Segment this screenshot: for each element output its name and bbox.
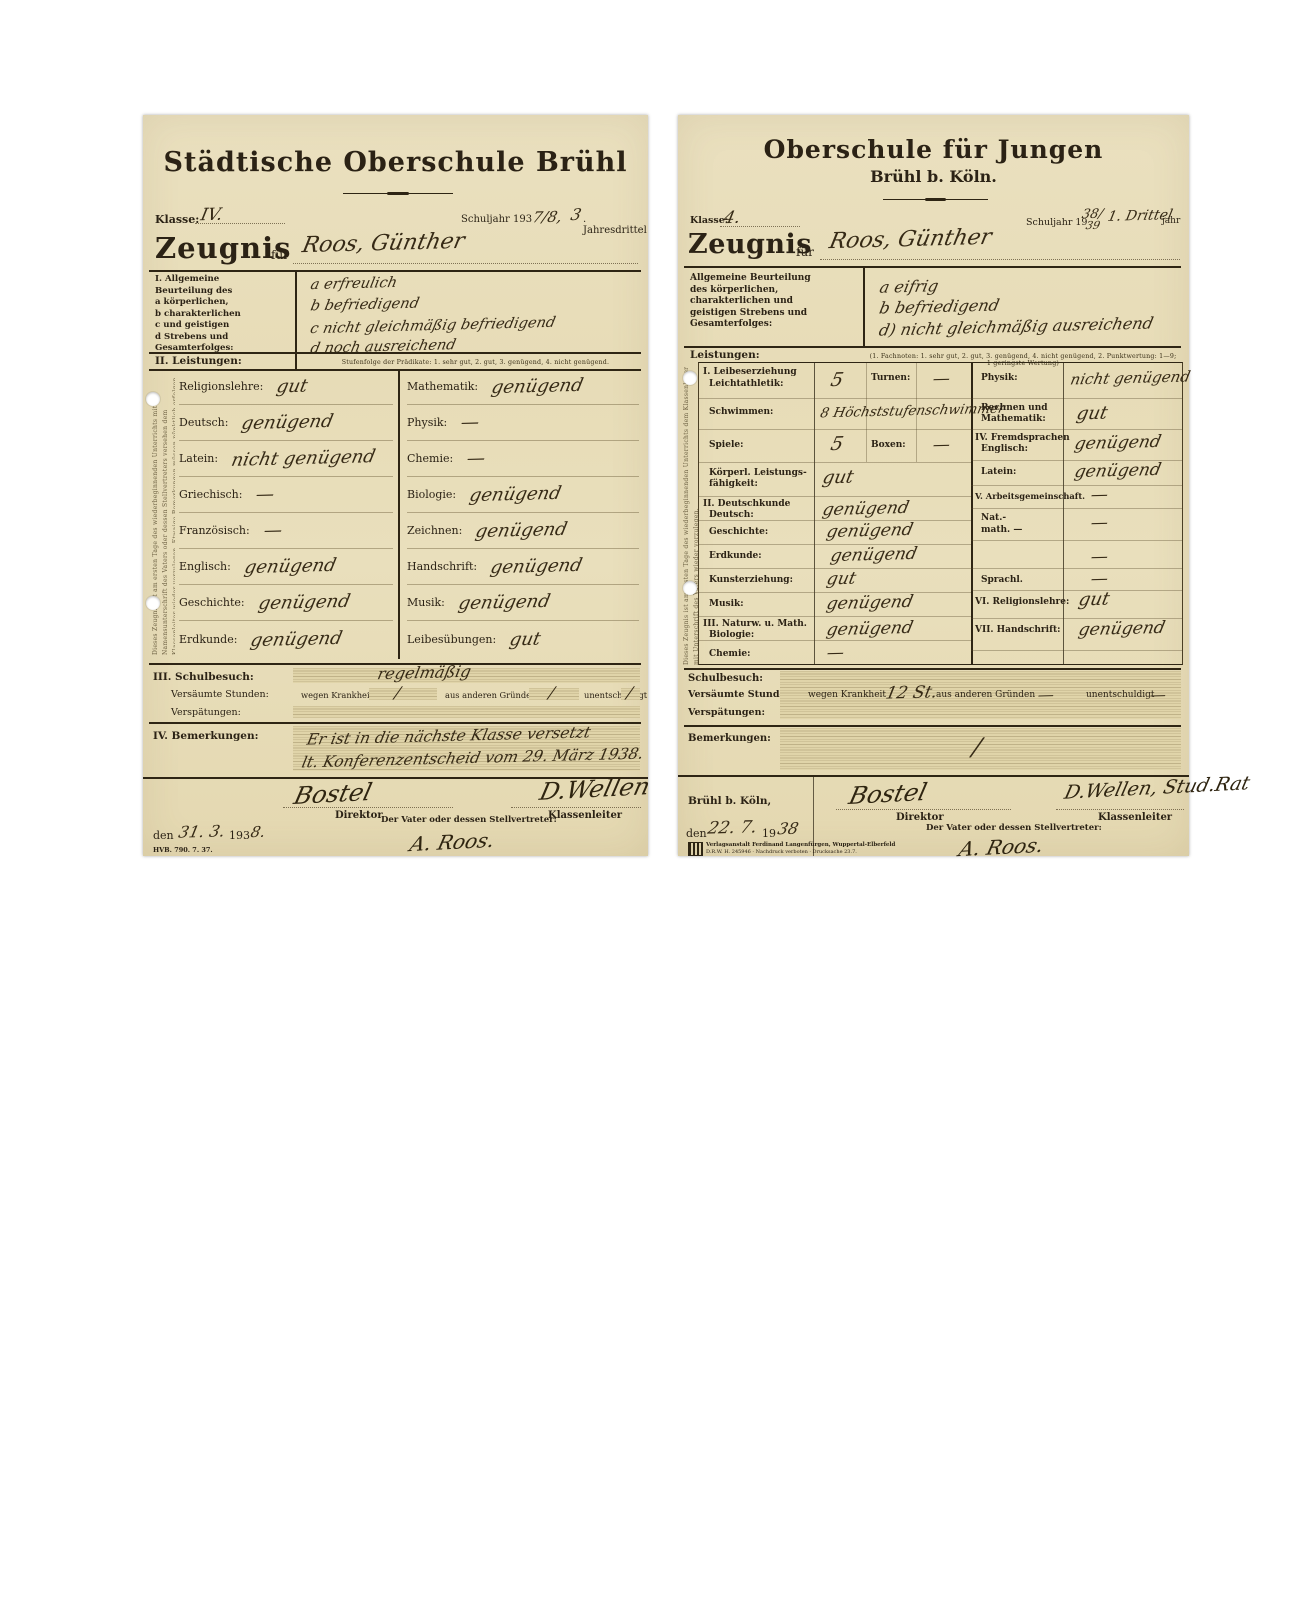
- assessment-c: c nicht gleichmäßig befriedigend: [309, 315, 557, 337]
- term-printed: jahr: [1162, 216, 1180, 226]
- grades-table: I. Leibeserziehung Leichtathletik: 5 Tur…: [698, 362, 1183, 665]
- assessment-d: d) nicht gleichmäßig ausreichend: [877, 313, 1155, 339]
- hole-punch: [683, 581, 697, 595]
- grade-row: Biologie:genügend: [407, 477, 639, 513]
- grade-value: gut: [275, 376, 310, 398]
- subject-label: Latein:: [179, 452, 218, 465]
- beurteilung-divider: [863, 266, 865, 346]
- ort-label: Brühl b. Köln,: [688, 795, 771, 807]
- leistungen-top-rule: [684, 346, 1181, 348]
- ruled-field: [293, 706, 640, 718]
- grade-value: gut: [1077, 589, 1112, 611]
- grade-row: Deutsch:genügend: [179, 405, 393, 441]
- form-number: HVB. 790. 7. 37.: [153, 846, 213, 854]
- date-label: den: [153, 829, 174, 842]
- grade-value: genügend: [242, 555, 337, 578]
- leistungsfaehigkeit-label1: Körperl. Leistungs-: [709, 468, 807, 478]
- subject-label: Leibesübungen:: [407, 633, 496, 646]
- subject-label: IV. Fremdsprachen: [975, 433, 1070, 443]
- subject-label: Physik:: [407, 416, 447, 429]
- subject-label: Chemie:: [407, 452, 453, 465]
- grade-row: Latein:nicht genügend: [179, 441, 393, 477]
- grade-value: nicht genügend: [230, 446, 378, 471]
- table-hline: [699, 544, 971, 545]
- klassenleiter-label: Klassenleiter: [1098, 812, 1172, 823]
- vater-signature: A. Roos.: [408, 828, 498, 856]
- grade-value: genügend: [829, 544, 919, 566]
- direktor-signature: Bostel: [846, 778, 930, 810]
- leistungsfaehigkeit-label2: fähigkeit:: [709, 479, 758, 489]
- grade-value: gut: [825, 569, 858, 590]
- table-hline: [971, 568, 1182, 569]
- grade-value: —: [254, 484, 276, 505]
- klassenleiter-label: Klassenleiter: [548, 810, 622, 821]
- grade-value: genügend: [249, 627, 344, 650]
- beurteilung-label: Allgemeine Beurteilung des körperlichen,…: [690, 273, 858, 331]
- year-handwritten: 8.: [249, 823, 267, 841]
- table-hline: [971, 650, 1182, 651]
- subject-label: Zeichnen:: [407, 524, 462, 537]
- subject-label2: math. —: [981, 525, 1022, 535]
- grade-value: genügend: [825, 618, 915, 640]
- klasse-underline: [720, 226, 800, 227]
- grade-row: Religionslehre:gut: [179, 369, 393, 405]
- grade-scale-note: Stufenfolge der Prädikate: 1. sehr gut, …: [318, 359, 633, 366]
- year-printed: 19: [762, 827, 776, 840]
- subject-label: Musik:: [709, 599, 744, 609]
- name-underline: [820, 259, 1180, 260]
- grade-value: genügend: [489, 555, 584, 578]
- subject-label: Geschichte:: [709, 527, 768, 537]
- schoolyear-hw-denominator: 39: [1085, 219, 1102, 232]
- table-vline: [814, 363, 815, 664]
- grade-value: genügend: [240, 411, 335, 434]
- subject-label: Physik:: [981, 373, 1018, 383]
- subject-label: Erdkunde:: [179, 633, 237, 646]
- klasse-underline: [195, 223, 285, 224]
- subject-label: Kunsterziehung:: [709, 575, 793, 585]
- bemerkungen-label: Bemerkungen:: [688, 733, 771, 744]
- grade-row: Zeichnen:genügend: [407, 513, 639, 549]
- printer-line2: D.R.W. H. 245946 · Nachdruck verboten · …: [706, 849, 857, 855]
- term-printed: . Jahresdrittel: [583, 214, 648, 236]
- section1-label-line: b charakterlichen: [155, 309, 295, 321]
- printer-logo: [688, 842, 703, 856]
- boxen-value: —: [931, 435, 952, 455]
- subject-label: Deutsch:: [179, 416, 228, 429]
- grade-value: —: [459, 412, 481, 433]
- divider-ornament: [883, 199, 988, 200]
- subject-label2: Mathematik:: [981, 414, 1046, 424]
- date-label: den: [686, 827, 707, 840]
- row-heading: II. Deutschkunde: [703, 499, 790, 509]
- unentschuldigt-label: unentschuldigt: [1086, 690, 1154, 700]
- grades-column-right: Mathematik:genügend Physik:— Chemie:— Bi…: [407, 369, 639, 657]
- grade-value: genügend: [490, 375, 585, 398]
- krankheit-label: wegen Krankheit: [808, 690, 886, 700]
- margin-note: Dieses Zeugnis ist am ersten Tage des wi…: [151, 365, 175, 655]
- grade-value: nicht genügend: [1069, 367, 1192, 388]
- section1-divider: [295, 270, 297, 352]
- subject-label: Geschichte:: [179, 596, 245, 609]
- beurteilung-values: a eifrig b befriedigend d) nicht gleichm…: [880, 277, 1152, 336]
- grade-value: genügend: [825, 520, 915, 542]
- leichtathletik-label: Leichtathletik:: [709, 379, 783, 389]
- table-hline: [971, 540, 1182, 541]
- grades-center-divider: [398, 369, 400, 659]
- section1-label-line: Beurteilung des: [155, 286, 295, 298]
- direktor-sig-line: [836, 809, 1011, 810]
- student-name: Roos, Günther: [827, 225, 994, 254]
- bemerkungen-top-rule: [684, 725, 1181, 727]
- school-title-line2: Brühl b. Köln.: [678, 167, 1189, 186]
- section1-values: a erfreulich b befriedigend c nicht glei…: [311, 273, 555, 355]
- report-card-1938: Oberschule für Jungen Brühl b. Köln. Kla…: [678, 115, 1189, 856]
- direktor-label: Direktor: [335, 810, 383, 821]
- subject-label: Mathematik:: [407, 380, 478, 393]
- leichtathletik-value: 5: [829, 369, 846, 391]
- grade-row: Erdkunde:genügend: [179, 621, 393, 657]
- assessment-b: b befriedigend: [309, 296, 421, 315]
- assessment-a: a eifrig: [878, 276, 940, 297]
- row-heading: III. Naturw. u. Math.: [703, 619, 807, 629]
- subject-label: Erdkunde:: [709, 551, 762, 561]
- leistungsfaehigkeit-value: gut: [821, 467, 856, 489]
- vater-label: Der Vater oder dessen Stellvertreter:: [926, 823, 1102, 833]
- verspaetungen-label: Verspätungen:: [171, 707, 241, 718]
- schulbesuch-label: Schulbesuch:: [688, 673, 763, 684]
- subject-label: Sprachl.: [981, 575, 1023, 585]
- grade-value: —: [1089, 547, 1110, 567]
- table-hline: [699, 640, 971, 641]
- subject-label: Musik:: [407, 596, 445, 609]
- section1-label-line: c und geistigen: [155, 320, 295, 332]
- schoolyear-handwritten: 7/8,: [531, 208, 564, 227]
- beurteilung-label-line: charakterlichen und: [690, 296, 858, 308]
- vater-label: Der Vater oder dessen Stellvertreter:: [381, 815, 557, 825]
- grade-row: Französisch:—: [179, 513, 393, 549]
- table-hline: [971, 398, 1182, 399]
- hole-punch: [146, 392, 160, 406]
- klasse-label: Klasse:: [155, 213, 199, 226]
- subject-label: Latein:: [981, 467, 1016, 477]
- grade-row: Geschichte:genügend: [179, 585, 393, 621]
- section1-top-rule: [149, 270, 641, 272]
- section1-label-line: a körperlichen,: [155, 297, 295, 309]
- assessment-d: d noch ausreichend: [309, 337, 457, 357]
- grade-value: —: [262, 520, 284, 541]
- table-hline: [699, 520, 971, 521]
- year-handwritten: 38: [776, 819, 800, 839]
- krankheit-value: 12 St.: [884, 682, 939, 703]
- grade-value: genügend: [1077, 618, 1167, 640]
- subject-label: Religionslehre:: [179, 380, 263, 393]
- klassenleiter-signature: D.Wellen, Stud.Rat: [1062, 772, 1252, 804]
- subject-label: VI. Religionslehre:: [975, 597, 1069, 607]
- grade-value: genügend: [825, 592, 915, 614]
- table-hline: [971, 508, 1182, 509]
- hole-punch: [146, 596, 160, 610]
- grade-row: Handschrift:genügend: [407, 549, 639, 585]
- subject-label: Deutsch:: [709, 510, 754, 520]
- hole-punch: [683, 371, 697, 385]
- turnen-value: —: [931, 369, 952, 389]
- leistungen-top-rule: [149, 352, 641, 354]
- subject-label: Chemie:: [709, 649, 750, 659]
- schwimmen-label: Schwimmen:: [709, 407, 773, 417]
- table-hline: [699, 398, 971, 399]
- grade-row: Leibesübungen:gut: [407, 621, 639, 657]
- subject-label: V. Arbeitsgemeinschaft.: [975, 491, 1085, 501]
- subject-label: Griechisch:: [179, 488, 242, 501]
- grade-value: genügend: [468, 483, 563, 506]
- table-hline: [971, 429, 1182, 430]
- student-name: Roos, Günther: [300, 229, 467, 258]
- assessment-b: b befriedigend: [878, 295, 1001, 317]
- grade-row: Physik:—: [407, 405, 639, 441]
- zeugnis-title: Zeugnis: [688, 229, 812, 260]
- subject-label: Französisch:: [179, 524, 250, 537]
- fuer-label: für: [271, 248, 289, 262]
- bemerkungen-label: IV. Bemerkungen:: [153, 730, 259, 742]
- klassenleiter-signature: D.Wellen: [537, 772, 653, 806]
- direktor-sig-line: [283, 807, 453, 808]
- leistungen-divider: [295, 352, 297, 369]
- grade-value: —: [1089, 569, 1110, 589]
- table-hline: [699, 592, 971, 593]
- schwimmen-value: 8 Höchststufenschwimmer: [819, 401, 1007, 422]
- grade-value: genügend: [256, 591, 351, 614]
- grades-column-left: Religionslehre:gut Deutsch:genügend Late…: [179, 369, 393, 657]
- grade-value: genügend: [1073, 432, 1163, 454]
- grade-value: —: [465, 448, 487, 469]
- spiele-value: 5: [829, 433, 846, 455]
- schulbesuch-label: III. Schulbesuch:: [153, 671, 254, 683]
- schulbesuch-top-rule: [684, 668, 1181, 670]
- beurteilung-label-line: Allgemeine Beurteilung: [690, 273, 858, 285]
- sport-group-label: I. Leibeserziehung: [703, 367, 797, 377]
- grade-value: genügend: [474, 519, 569, 542]
- divider-ornament: [343, 193, 453, 194]
- table-hline: [699, 616, 971, 617]
- scan-page: { "doc_left": { "school": "Städtische Ob…: [0, 0, 1301, 1610]
- term-handwritten: 3: [569, 205, 583, 224]
- signature-rule: [678, 775, 1189, 777]
- gruende-label: aus anderen Gründen: [445, 690, 536, 700]
- subject-label: Handschrift:: [407, 560, 477, 573]
- vater-signature: A. Roos.: [957, 833, 1047, 861]
- report-card-1937: Städtische Oberschule Brühl Klasse: IV. …: [143, 115, 648, 856]
- turnen-label: Turnen:: [871, 373, 910, 383]
- schulbesuch-value: regelmäßig: [376, 662, 473, 683]
- direktor-label: Direktor: [896, 812, 944, 823]
- boxen-label: Boxen:: [871, 440, 906, 450]
- assessment-a: a erfreulich: [309, 275, 398, 293]
- margin-note: Dieses Zeugnis ist am ersten Tage des wi…: [682, 365, 698, 665]
- subject-label: Biologie:: [407, 488, 456, 501]
- grade-row: Chemie:—: [407, 441, 639, 477]
- beurteilung-label-line: des körperlichen,: [690, 285, 858, 297]
- table-hline: [971, 485, 1182, 486]
- beurteilung-label-line: geistigen Strebens und: [690, 308, 858, 320]
- date-handwritten: 31. 3.: [177, 821, 227, 841]
- beurteilung-top-rule: [684, 266, 1181, 268]
- subject-label: VII. Handschrift:: [975, 625, 1060, 635]
- klassenleiter-sig-line: [1056, 809, 1184, 810]
- subject-label: Englisch:: [179, 560, 231, 573]
- printer-line1: Verlagsanstalt Ferdinand Langenfürgen, W…: [706, 842, 895, 848]
- grade-value: —: [825, 643, 846, 663]
- subject-label2: Englisch:: [981, 444, 1028, 454]
- section1-label-line: I. Allgemeine: [155, 274, 295, 286]
- date-handwritten: 22. 7.: [706, 817, 759, 838]
- schoolyear-printed: Schuljahr 19: [1026, 217, 1087, 228]
- subject-label: Biologie:: [709, 630, 754, 640]
- grade-row: Mathematik:genügend: [407, 369, 639, 405]
- grade-row: Musik:genügend: [407, 585, 639, 621]
- ruled-field: [369, 688, 437, 700]
- table-hline: [971, 590, 1182, 591]
- grade-value: gut: [1075, 403, 1110, 425]
- table-hline: [699, 496, 971, 497]
- subject-label: Rechnen und: [981, 403, 1048, 413]
- krankheit-label: wegen Krankheit: [301, 690, 373, 700]
- grade-value: genügend: [821, 498, 911, 520]
- grade-value: genügend: [456, 591, 551, 614]
- table-hline: [699, 429, 971, 430]
- fuer-label: für: [796, 245, 814, 259]
- grade-value: —: [1089, 513, 1110, 533]
- grade-row: Griechisch:—: [179, 477, 393, 513]
- table-hline: [699, 462, 971, 463]
- direktor-signature: Bostel: [291, 778, 375, 810]
- school-title-line1: Oberschule für Jungen: [678, 135, 1189, 164]
- school-title: Städtische Oberschule Brühl: [143, 147, 648, 178]
- section1-label: I. Allgemeine Beurteilung des a körperli…: [155, 274, 295, 355]
- versaeumte-label: Versäumte Stunden:: [171, 689, 269, 700]
- verspaetungen-label: Verspätungen:: [688, 707, 765, 718]
- gruende-label: aus anderen Gründen: [936, 690, 1035, 700]
- grade-value: —: [1089, 485, 1110, 505]
- name-underline: [293, 263, 638, 264]
- subject-label: Nat.-: [981, 513, 1006, 523]
- grade-row: Englisch:genügend: [179, 549, 393, 585]
- grade-value: genügend: [1073, 460, 1163, 482]
- year-printed: 193: [229, 829, 250, 842]
- schoolyear-printed: Schuljahr 193: [461, 214, 532, 225]
- klassenleiter-sig-line: [511, 807, 641, 808]
- spiele-label: Spiele:: [709, 440, 743, 450]
- beurteilung-label-line: Gesamterfolges:: [690, 319, 858, 331]
- grade-value: gut: [508, 628, 543, 650]
- section1-label-line: d Strebens und: [155, 332, 295, 344]
- leistungen-label: Leistungen:: [690, 349, 760, 361]
